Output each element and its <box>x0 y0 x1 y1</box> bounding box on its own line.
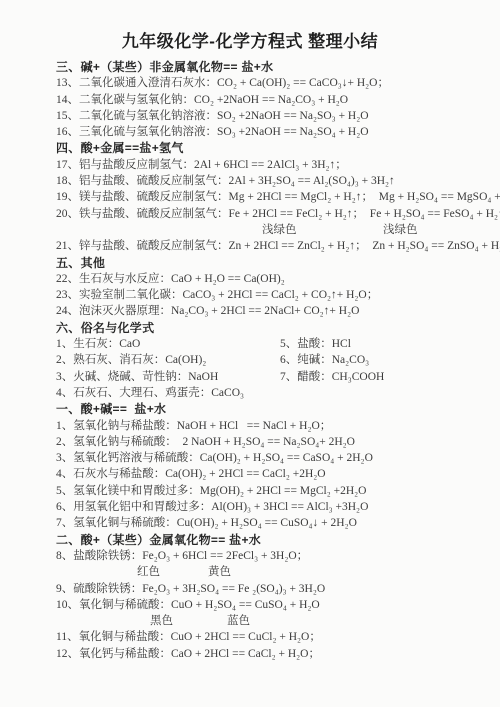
color-label: 浅绿色 <box>262 222 297 238</box>
color-label: 蓝色 <box>227 613 250 629</box>
glossary-right: 5、盐酸：HCl <box>280 336 351 352</box>
equation-line: 15、二氧化硫与氢氧化钠溶液：SO₂ +2NaOH == Na₂SO₃ + H₂… <box>56 108 480 124</box>
glossary-right: 6、纯碱：Na₂CO₃ <box>280 352 369 368</box>
equation-line: 7、氢氧化铜与稀硫酸：Cu(OH)₂ + H₂SO₄ == CuSO₄↓ + 2… <box>56 515 480 531</box>
equation-line: 21、锌与盐酸、硫酸反应制氢气：Zn + 2HCl == ZnCl₂ + H₂↑… <box>56 238 480 254</box>
section-heading-5: 二、酸+（某些）金属氧化物== 盐+水 <box>56 532 480 548</box>
color-label: 浅绿色 <box>383 222 418 238</box>
equation-line: 16、三氧化硫与氢氧化钠溶液：SO₃ +2NaOH == Na₂SO₄ + H₂… <box>56 124 480 140</box>
equation-line: 23、实验室制二氧化碳：CaCO₃ + 2HCl == CaCl₂ + CO₂↑… <box>56 287 480 303</box>
equation-line: 11、氧化铜与稀盐酸：CuO + 2HCl == CuCl₂ + H₂O； <box>56 629 480 645</box>
glossary-left: 1、生石灰：CaO <box>56 338 140 350</box>
glossary-right: 7、醋酸：CH₃COOH <box>280 369 384 385</box>
glossary-row: 4、石灰石、大理石、鸡蛋壳：CaCO₃ <box>56 385 480 401</box>
equation-line: 22、生石灰与水反应：CaO + H₂O == Ca(OH)₂ <box>56 271 480 287</box>
equation-line: 13、二氧化碳通入澄清石灰水：CO₂ + Ca(OH)₂ == CaCO₃↓+ … <box>56 75 480 91</box>
glossary-row: 2、熟石灰、消石灰：Ca(OH)₂6、纯碱：Na₂CO₃ <box>56 352 480 368</box>
section-heading-2: 五、其他 <box>56 255 480 271</box>
equation-line: 4、石灰水与稀盐酸：Ca(OH)₂ + 2HCl == CaCl₂ +2H₂O <box>56 466 480 482</box>
glossary-left: 2、熟石灰、消石灰：Ca(OH)₂ <box>56 354 206 366</box>
glossary-left: 4、石灰石、大理石、鸡蛋壳：CaCO₃ <box>56 387 244 399</box>
document-page: 九年级化学-化学方程式 整理小结 三、碱+（某些）非金属氧化物== 盐+水13、… <box>0 0 500 707</box>
section-heading-1: 四、酸+金属==盐+氢气 <box>56 140 480 156</box>
equation-line: 1、氢氧化钠与稀盐酸：NaOH + HCl == NaCl + H₂O； <box>56 418 480 434</box>
equation-line: 12、氧化钙与稀盐酸：CaO + 2HCl == CaCl₂ + H₂O； <box>56 646 480 662</box>
color-label: 黑色 <box>150 613 173 629</box>
glossary-left: 3、火碱、烧碱、苛性钠：NaOH <box>56 371 218 383</box>
glossary-row: 1、生石灰：CaO5、盐酸：HCl <box>56 336 480 352</box>
equation-line: 8、盐酸除铁锈：Fe₂O₃ + 6HCl == 2FeCl₃ + 3H₂O； <box>56 548 480 564</box>
color-annotation: 红色黄色 <box>56 564 480 580</box>
color-label: 黄色 <box>208 564 231 580</box>
equation-line: 19、镁与盐酸、硫酸反应制氢气：Mg + 2HCl == MgCl₂ + H₂↑… <box>56 189 480 205</box>
equation-line: 6、用氢氧化铝中和胃酸过多：Al(OH)₃ + 3HCl == AlCl₃ +3… <box>56 499 480 515</box>
equation-line: 18、铝与盐酸、硫酸反应制氢气：2Al + 3H₂SO₄ == Al₂(SO₄)… <box>56 173 480 189</box>
equation-line: 5、氢氧化镁中和胃酸过多：Mg(OH)₂ + 2HCl == MgCl₂ +2H… <box>56 483 480 499</box>
document-content: 三、碱+（某些）非金属氧化物== 盐+水13、二氧化碳通入澄清石灰水：CO₂ +… <box>0 59 500 662</box>
section-heading-0: 三、碱+（某些）非金属氧化物== 盐+水 <box>56 59 480 75</box>
color-annotation: 浅绿色浅绿色 <box>56 222 480 238</box>
equation-line: 10、氧化铜与稀硫酸：CuO + H₂SO₄ == CuSO₄ + H₂O <box>56 597 480 613</box>
equation-line: 20、铁与盐酸、硫酸反应制氢气：Fe + 2HCl == FeCl₂ + H₂↑… <box>56 206 480 222</box>
equation-line: 3、氢氧化钙溶液与稀硫酸：Ca(OH)₂ + H₂SO₄ == CaSO₄ + … <box>56 450 480 466</box>
color-annotation: 黑色蓝色 <box>56 613 480 629</box>
equation-line: 14、二氧化碳与氢氧化钠：CO₂ +2NaOH == Na₂CO₃ + H₂O <box>56 92 480 108</box>
glossary-row: 3、火碱、烧碱、苛性钠：NaOH7、醋酸：CH₃COOH <box>56 369 480 385</box>
section-heading-4: 一、酸+碱== 盐+水 <box>56 401 480 417</box>
section-heading-3: 六、俗名与化学式 <box>56 320 480 336</box>
equation-line: 17、铝与盐酸反应制氢气：2Al + 6HCl == 2AlCl₃ + 3H₂↑… <box>56 157 480 173</box>
equation-line: 2、氢氧化钠与稀硫酸： 2 NaOH + H₂SO₄ == Na₂SO₄+ 2H… <box>56 434 480 450</box>
equation-line: 24、泡沫灭火器原理：Na₂CO₃ + 2HCl == 2NaCl+ CO₂↑+… <box>56 303 480 319</box>
page-title: 九年级化学-化学方程式 整理小结 <box>0 0 500 52</box>
equation-line: 9、硫酸除铁锈：Fe₂O₃ + 3H₂SO₄ == Fe ₂(SO₄)₃ + 3… <box>56 581 480 597</box>
color-label: 红色 <box>137 564 160 580</box>
